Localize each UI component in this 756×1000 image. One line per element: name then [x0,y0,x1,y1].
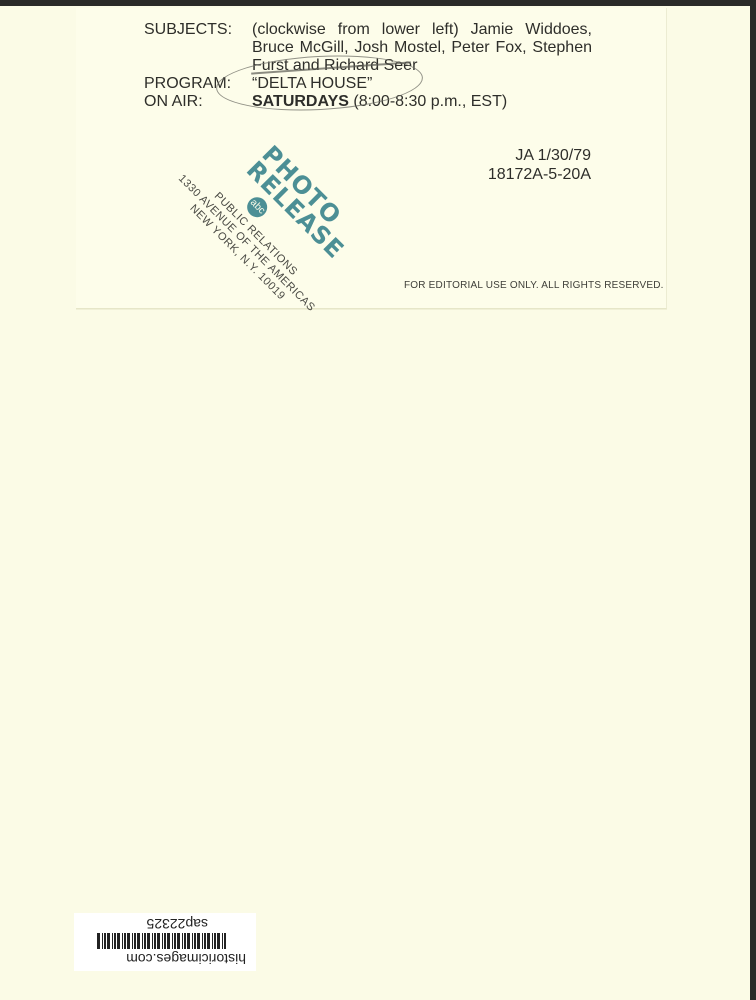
photo-release-title: PHOTO RELEASE [243,142,338,237]
photo-back-sheet: SUBJECTS: (clockwise from lower left) Ja… [0,6,750,1000]
caption-label: SUBJECTS: (clockwise from lower left) Ja… [76,8,667,309]
photo-release-stamp: PHOTO RELEASE abc PUBLIC RELATIONS 1330 … [114,81,347,314]
reference-block: JA 1/30/79 18172A-5-20A [476,146,591,184]
subjects-key: SUBJECTS: [144,21,232,39]
reference-number: 18172A-5-20A [476,165,591,184]
editorial-notice: FOR EDITORIAL USE ONLY. ALL RIGHTS RESER… [404,280,664,291]
barcode-sticker: historicimages.com sap22325 [74,913,256,971]
reference-date: JA 1/30/79 [476,146,591,165]
background-edge [750,10,756,1000]
barcode-site: historicimages.com [126,951,246,967]
barcode-code: sap22325 [146,916,208,932]
barcode-icon [96,933,226,949]
